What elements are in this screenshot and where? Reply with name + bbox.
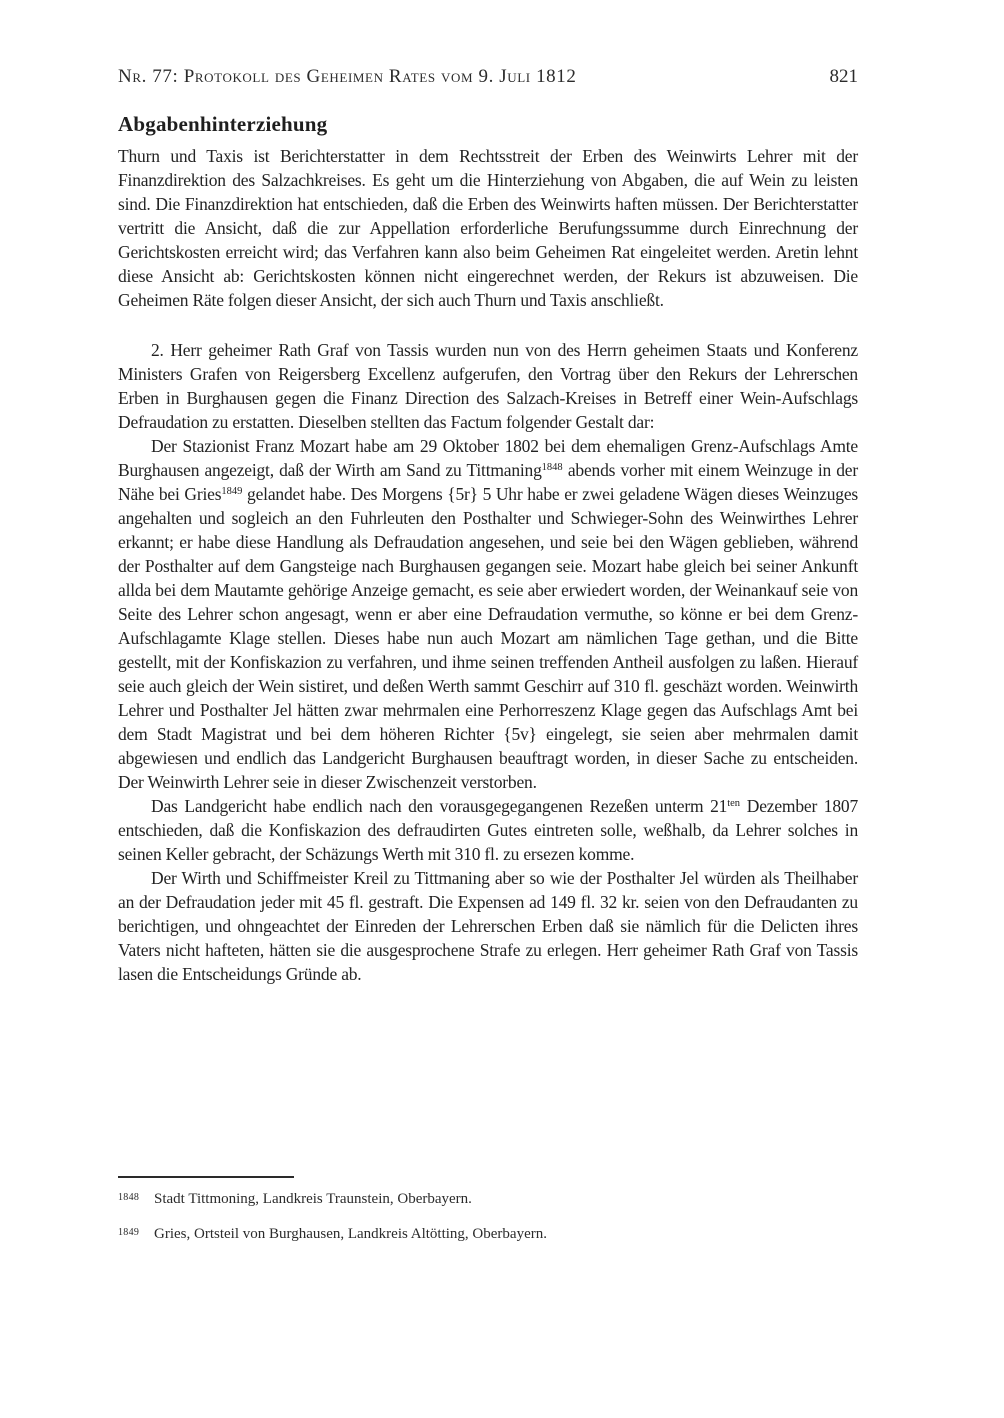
running-head-title: Nr. 77: Protokoll des Geheimen Rates vom… — [118, 66, 577, 88]
footnote-item: 1848Stadt Tittmoning, Landkreis Traunste… — [118, 1190, 858, 1209]
book-page: Nr. 77: Protokoll des Geheimen Rates vom… — [0, 0, 1004, 1418]
page-number: 821 — [830, 66, 859, 88]
footnote-item: 1849Gries, Ortsteil von Burghausen, Land… — [118, 1225, 858, 1244]
footnotes-section: 1848Stadt Tittmoning, Landkreis Traunste… — [118, 1176, 858, 1260]
footnote-reference: 1848 — [542, 462, 563, 473]
footnotes-list: 1848Stadt Tittmoning, Landkreis Traunste… — [118, 1190, 858, 1244]
footnote-marker: 1849 — [118, 1223, 139, 1242]
footnote-rule — [118, 1176, 294, 1178]
paragraph: Der Stazionist Franz Mozart habe am 29 O… — [118, 434, 858, 794]
paragraphs: Thurn und Taxis ist Berichterstatter in … — [118, 144, 858, 986]
paragraph: Thurn und Taxis ist Berichterstatter in … — [118, 144, 858, 312]
footnote-text: Gries, Ortsteil von Burghausen, Landkrei… — [154, 1226, 547, 1242]
paragraph: 2. Herr geheimer Rath Graf von Tassis wu… — [118, 338, 858, 434]
page-content: Abgabenhinterziehung Thurn und Taxis ist… — [118, 112, 858, 986]
paragraph: Das Landgericht habe endlich nach den vo… — [118, 794, 858, 866]
footnote-text: Stadt Tittmoning, Landkreis Traunstein, … — [154, 1191, 472, 1207]
article-heading: Abgabenhinterziehung — [118, 112, 858, 137]
running-head: Nr. 77: Protokoll des Geheimen Rates vom… — [118, 66, 858, 88]
footnote-reference: 1849 — [221, 486, 242, 497]
paragraph: Der Wirth und Schiffmeister Kreil zu Tit… — [118, 866, 858, 986]
footnote-reference: ten — [727, 798, 740, 809]
footnote-marker: 1848 — [118, 1188, 139, 1207]
